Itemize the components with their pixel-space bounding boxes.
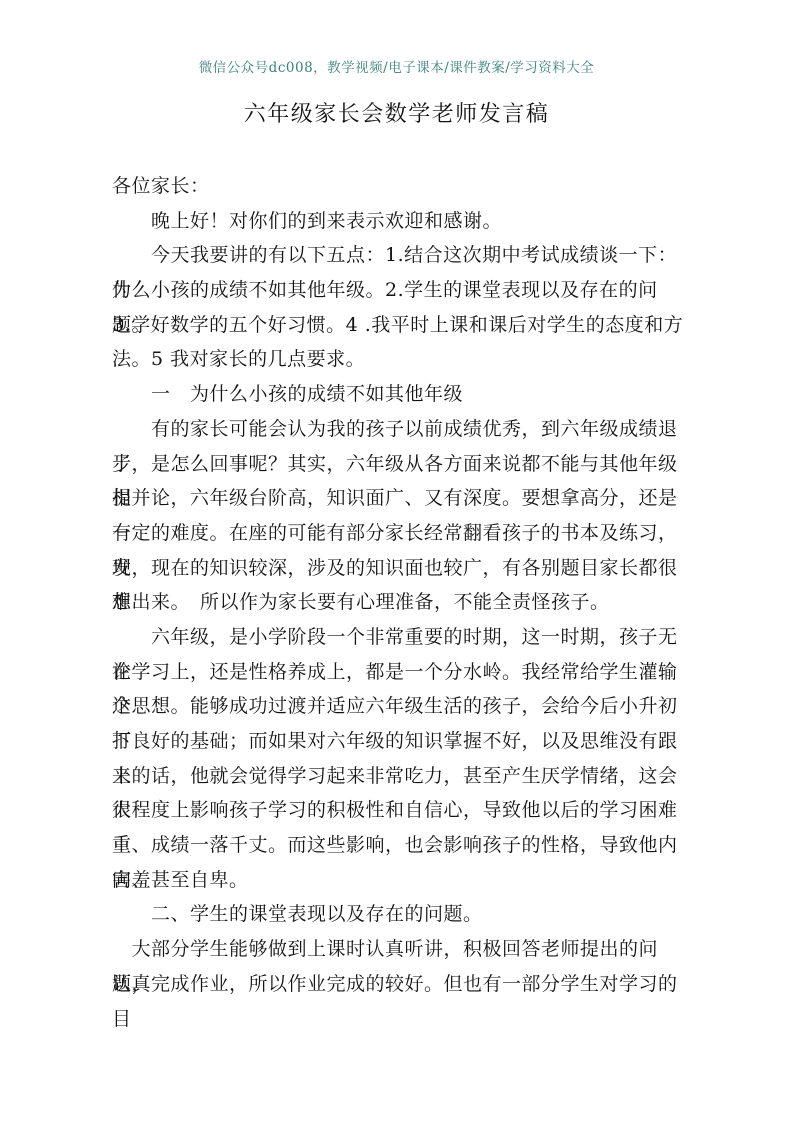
text-line: 害羞甚至自卑。: [112, 863, 688, 898]
text-line: 下良好的基础；而如果对六年级的知识掌握不好，以及思维没有跟上: [112, 724, 688, 759]
text-line: 一 为什么小孩的成绩不如其他年级: [112, 377, 688, 412]
text-line: 3.学好数学的五个好习惯。4 .我平时上课和课后对学生的态度和方: [112, 308, 688, 343]
text-line: 个思想。能够成功过渡并适应六年级生活的孩子，会给今后小升初打: [112, 689, 688, 724]
text-line: 一定的难度。在座的可能有部分家长经常翻看孩子的书本及练习，发: [112, 516, 688, 551]
text-line: 大程度上影响孩子学习的积极性和自信心，导致他以后的学习困难重: [112, 793, 688, 828]
text-line: 提并论，六年级台阶高，知识面广、又有深度。要想拿高分，还是有: [112, 481, 688, 516]
text-line: 来的话，他就会觉得学习起来非常吃力，甚至产生厌学情绪，这会很: [112, 759, 688, 794]
wechat-promo-header: 微信公众号dc008，教学视频/电子课本/课件教案/学习资料大全: [0, 56, 793, 76]
text-line: 各位家长：: [112, 169, 688, 204]
text-line: 重、成绩一落千丈。而这些影响，也会影响孩子的性格，导致他内向、: [112, 828, 688, 863]
text-line: 今天我要讲的有以下五点：1.结合这次期中考试成绩谈一下：为: [112, 238, 688, 273]
text-line: 大部分学生能够做到上课时认真听讲，积极回答老师提出的问题，: [112, 932, 688, 967]
text-line: 二、学生的课堂表现以及存在的问题。: [112, 897, 688, 932]
text-line: 六年级，是小学阶段一个非常重要的时期，这一时期，孩子无论: [112, 620, 688, 655]
document-body: 各位家长： 晚上好！对你们的到来表示欢迎和感谢。 今天我要讲的有以下五点：1.结…: [112, 169, 688, 1002]
page-title: 六年级家长会数学老师发言稿: [0, 97, 793, 128]
text-line: 有的家长可能会认为我的孩子以前成绩优秀，到六年级成绩退步: [112, 412, 688, 447]
text-line: 认真完成作业，所以作业完成的较好。但也有一部分学生对学习的目: [112, 967, 688, 1002]
document-page: 微信公众号dc008，教学视频/电子课本/课件教案/学习资料大全 六年级家长会数…: [0, 0, 793, 1122]
text-line: 想出来。 所以作为家长要有心理准备，不能全责怪孩子。: [112, 585, 688, 620]
text-line: 在学习上，还是性格养成上，都是一个分水岭。我经常给学生灌输这: [112, 655, 688, 690]
text-line: 法。5 我对家长的几点要求。: [112, 342, 688, 377]
text-line: 晚上好！对你们的到来表示欢迎和感谢。: [112, 204, 688, 239]
text-line: 了，是怎么回事呢？其实，六年级从各方面来说都不能与其他年级相: [112, 447, 688, 482]
text-line: 现，现在的知识较深，涉及的知识面也较广，有各别题目家长都很难: [112, 551, 688, 586]
text-line: 什么小孩的成绩不如其他年级。2.学生的课堂表现以及存在的问题。: [112, 273, 688, 308]
